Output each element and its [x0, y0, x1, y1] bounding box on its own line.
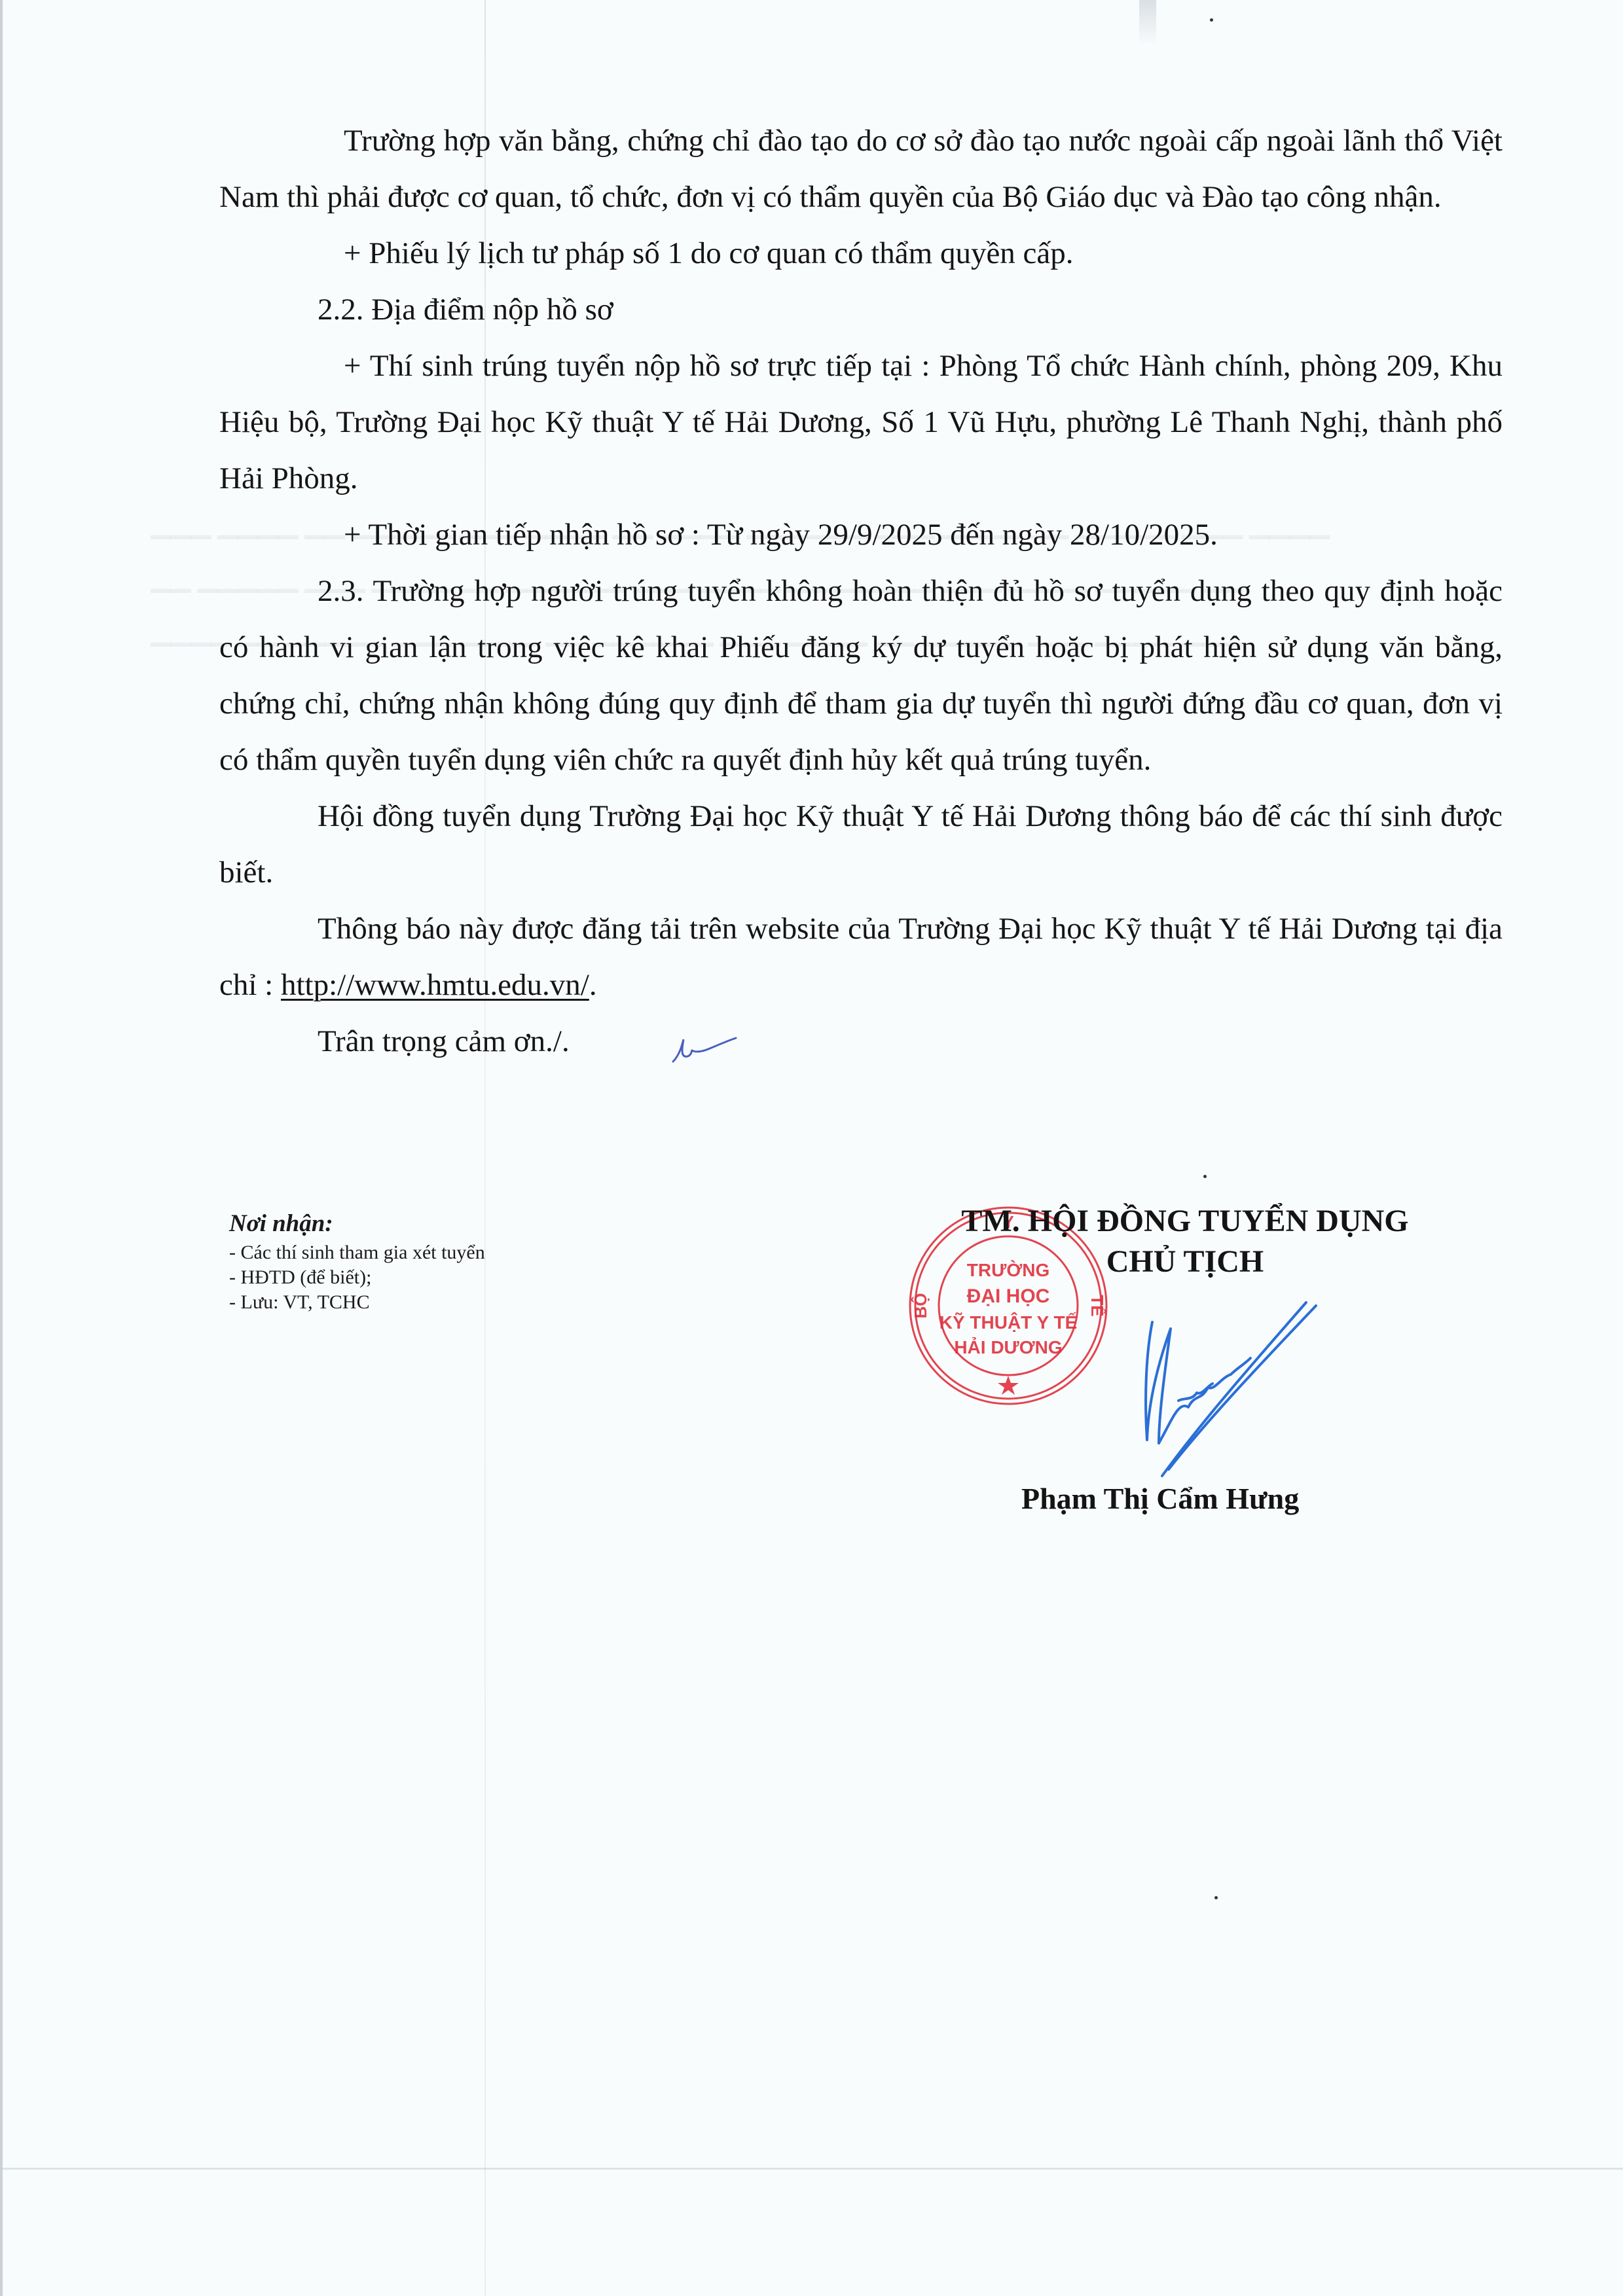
signature-title-line2: CHỦ TỊCH: [897, 1242, 1473, 1282]
closing-text: Trân trọng cảm ơn./.: [318, 1024, 570, 1058]
stray-dot: [1203, 1175, 1207, 1178]
stamp-inner-line: HẢI DƯƠNG: [954, 1336, 1062, 1357]
website-suffix: .: [589, 968, 597, 1002]
paragraph-criminal-record: + Phiếu lý lịch tư pháp số 1 do cơ quan …: [219, 225, 1503, 281]
stray-dot: [1210, 18, 1213, 22]
stamp-inner-line: KỸ THUẬT Y TẾ: [939, 1312, 1078, 1333]
horizontal-crease: [0, 2168, 1623, 2170]
stamp-inner-line: ĐẠI HỌC: [967, 1285, 1050, 1307]
website-link[interactable]: http://www.hmtu.edu.vn/: [281, 968, 589, 1002]
page-edge: [0, 0, 3, 2296]
stamp-outer-right: TẾ: [1087, 1295, 1107, 1316]
stray-dot: [1214, 1896, 1218, 1899]
paragraph-submission-time: + Thời gian tiếp nhận hồ sơ : Từ ngày 29…: [219, 507, 1503, 563]
paragraph-notification: Hội đồng tuyển dụng Trường Đại học Kỹ th…: [219, 788, 1503, 901]
paragraph-section-2-3: 2.3. Trường hợp người trúng tuyển không …: [219, 563, 1503, 788]
handwritten-signature-icon: [1139, 1302, 1336, 1499]
recipients-title: Nơi nhận:: [229, 1208, 485, 1240]
section-heading-2-2: 2.2. Địa điểm nộp hồ sơ: [219, 281, 1503, 338]
recipient-item: - Các thí sinh tham gia xét tuyển: [229, 1240, 485, 1265]
closing-line: Trân trọng cảm ơn./.: [219, 1013, 1503, 1069]
star-icon: [998, 1376, 1019, 1395]
stamp-outer-left: BỘ: [911, 1293, 930, 1319]
paragraph-foreign-degree: Trường hợp văn bằng, chứng chỉ đào tạo d…: [219, 113, 1503, 225]
top-crease: [1139, 0, 1156, 46]
paragraph-website: Thông báo này được đăng tải trên website…: [219, 901, 1503, 1013]
paragraph-submission-location: + Thí sinh trúng tuyển nộp hồ sơ trực ti…: [219, 338, 1503, 507]
initial-mark-icon: [570, 1028, 642, 1060]
recipient-item: - Lưu: VT, TCHC: [229, 1290, 485, 1315]
signature-title-block: TM. HỘI ĐỒNG TUYỂN DỤNG CHỦ TỊCH: [897, 1201, 1473, 1282]
signature-title-line1: TM. HỘI ĐỒNG TUYỂN DỤNG: [897, 1201, 1473, 1242]
recipients-block: Nơi nhận: - Các thí sinh tham gia xét tu…: [229, 1208, 485, 1315]
recipient-item: - HĐTD (để biết);: [229, 1265, 485, 1290]
document-body: Trường hợp văn bằng, chứng chỉ đào tạo d…: [219, 113, 1503, 1069]
